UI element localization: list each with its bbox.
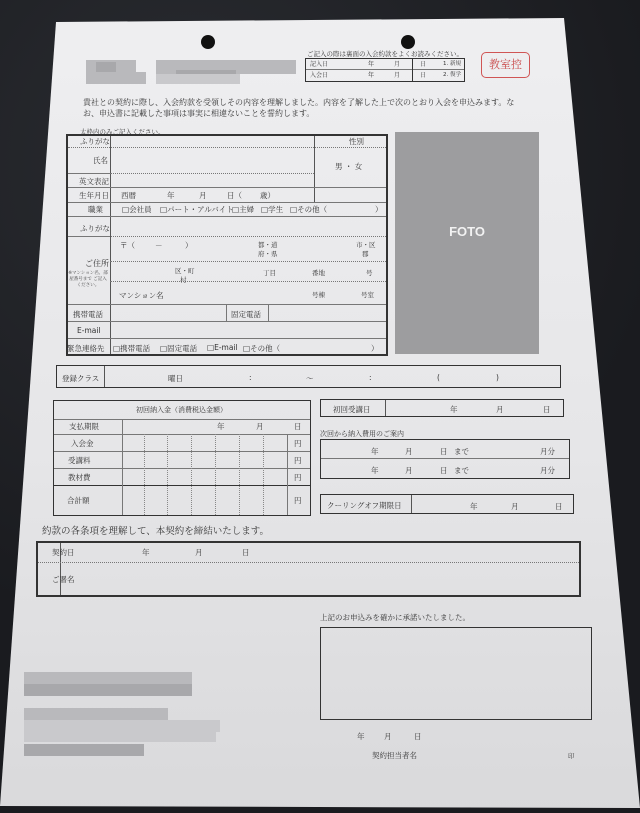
cooling-off-label: クーリングオフ期限日	[327, 500, 402, 511]
mobile-phone-label: 携帯電話	[73, 309, 103, 320]
seal-mark: 印	[568, 751, 575, 760]
email-label: E-mail	[77, 326, 101, 335]
acceptance-year: 年	[357, 731, 365, 742]
payment-deadline-label: 支払期限	[69, 421, 99, 432]
acceptance-statement: 上記のお申込みを確かに承諾いたしました。	[320, 612, 470, 623]
contract-date-label: 契約日	[52, 547, 75, 558]
cooling-off-year: 年	[470, 501, 478, 512]
join-date-label: 入会日	[310, 70, 328, 79]
address-furigana-input[interactable]	[112, 217, 382, 231]
entry-day: 日	[420, 59, 426, 68]
go-label: 号	[366, 268, 373, 277]
banchi-label: 番地	[312, 268, 325, 277]
entry-month: 月	[394, 59, 400, 68]
building-number-label: 号棟	[312, 290, 325, 299]
postal-code-input[interactable]	[130, 240, 185, 250]
materials-fee-unit: 円	[294, 472, 302, 483]
deadline-year: 年	[217, 421, 225, 432]
next-2-months: 月分	[540, 465, 555, 476]
cooling-off-day: 日	[555, 501, 563, 512]
next-1-months: 月分	[540, 446, 555, 457]
emergency-contact-label: 緊急連絡先	[67, 343, 105, 354]
intro-line-2: お、申込書に記載した事項は事実に相違ないことを誓約します。	[83, 108, 314, 119]
tuition-unit: 円	[294, 455, 302, 466]
prefecture-suffix-bottom: 府・県	[258, 249, 278, 258]
address-furigana-label: ふりがな	[80, 223, 110, 234]
address-label: ご住所	[85, 258, 109, 269]
next-2-day: 日	[440, 465, 448, 476]
option-rejoin[interactable]: 2. 復学	[443, 70, 461, 78]
acceptance-day: 日	[414, 731, 422, 742]
first-lesson-month: 月	[496, 404, 504, 415]
city-suffix-top: 市・区	[356, 240, 376, 249]
emergency-option-email[interactable]: □E-mail	[207, 343, 238, 352]
next-2-year: 年	[371, 465, 379, 476]
postal-close: ）	[185, 240, 193, 251]
ward-suffix-top: 区・町	[175, 266, 195, 275]
birth-month: 月	[199, 190, 207, 201]
furigana-label: ふりがな	[80, 136, 110, 147]
prefecture-suffix-top: 都・道	[258, 240, 278, 249]
class-end-colon: :	[369, 373, 372, 382]
room-number-label: 号室	[361, 290, 374, 299]
class-start-colon: :	[249, 373, 252, 382]
next-1-until: まで	[454, 446, 469, 457]
class-tilde: ～	[306, 373, 314, 384]
staff-name-label: 契約担当者名	[372, 750, 417, 761]
option-new[interactable]: 1. 新規	[443, 59, 461, 67]
entry-year: 年	[368, 59, 374, 68]
entry-date-label: 記入日	[310, 59, 328, 68]
deadline-day: 日	[294, 421, 302, 432]
address-note: ※マンション名、部屋番号まで ご記入ください。	[68, 271, 108, 289]
materials-fee-input[interactable]	[122, 468, 290, 482]
join-month: 月	[394, 70, 400, 79]
total-unit: 円	[294, 495, 302, 506]
acceptance-box	[320, 627, 592, 720]
gender-label: 性別	[349, 136, 364, 147]
punch-hole-left	[201, 35, 215, 49]
next-1-year: 年	[371, 446, 379, 457]
photo-placeholder: FOTO	[395, 132, 539, 354]
landline-input[interactable]	[270, 305, 382, 319]
emergency-other-close: ）	[371, 343, 379, 354]
birth-age: 歳）	[260, 190, 275, 201]
birth-era: 西暦	[121, 190, 136, 201]
contract-statement: 約款の各条項を理解して、本契約を締結いたします。	[42, 523, 269, 537]
join-year: 年	[368, 70, 374, 79]
mobile-phone-input[interactable]	[112, 305, 222, 319]
join-day: 日	[420, 70, 426, 79]
english-name-input[interactable]	[112, 173, 312, 185]
ward-suffix-bottom: 村	[180, 275, 187, 284]
next-1-month: 月	[405, 446, 413, 457]
punch-hole-right	[401, 35, 415, 49]
city-suffix-bottom: 郡	[362, 249, 369, 258]
class-paren-open: (	[437, 373, 440, 382]
job-option-student[interactable]: □学生	[261, 204, 283, 215]
chome-label: 丁目	[263, 268, 276, 277]
first-lesson-year: 年	[450, 404, 458, 415]
email-input[interactable]	[112, 322, 382, 336]
birth-year: 年	[167, 190, 175, 201]
occupation-label: 職業	[88, 204, 103, 215]
first-lesson-day: 日	[543, 404, 551, 415]
birthdate-label: 生年月日	[79, 190, 109, 201]
contract-month: 月	[195, 547, 203, 558]
next-2-month: 月	[405, 465, 413, 476]
next-2-until: まで	[454, 465, 469, 476]
enrollment-fee-input[interactable]	[122, 434, 290, 448]
first-lesson-label: 初回受講日	[333, 404, 371, 415]
job-option-employee[interactable]: □会社員	[122, 204, 152, 215]
tuition-input[interactable]	[122, 451, 290, 465]
intro-line-1: 貴社との契約に際し、入会約款を受領しその内容を理解しました。内容を了解した上で次…	[83, 97, 514, 108]
name-label: 氏名	[93, 155, 108, 166]
job-option-other[interactable]: □その他（	[290, 204, 327, 215]
next-payment-title: 次回から納入費用のご案内	[320, 429, 404, 439]
classroom-copy-stamp: 教室控	[481, 52, 530, 78]
photo-label: FOTO	[395, 224, 539, 239]
name-input[interactable]	[112, 147, 312, 171]
next-1-day: 日	[440, 446, 448, 457]
class-weekday: 曜日	[168, 373, 183, 384]
landline-label: 固定電話	[231, 309, 261, 320]
job-other-close: ）	[375, 204, 383, 215]
job-option-parttime[interactable]: □パート・アルバイト	[160, 204, 234, 215]
gender-options[interactable]: 男 ・ 女	[335, 161, 362, 172]
registered-class-label: 登録クラス	[62, 373, 99, 384]
total-input[interactable]	[122, 486, 290, 512]
materials-fee-label: 教材費	[68, 472, 91, 483]
job-option-homemaker[interactable]: □主婦	[232, 204, 254, 215]
birth-day: 日（	[227, 190, 242, 201]
english-name-label: 英文表記	[79, 176, 109, 187]
mansion-label: マンション名	[119, 290, 164, 301]
furigana-input[interactable]	[112, 136, 312, 146]
acceptance-month: 月	[384, 731, 392, 742]
initial-payment-title: 初回納入金（消費税込金額）	[136, 405, 227, 415]
emergency-option-landline[interactable]: □固定電話	[160, 343, 197, 354]
mansion-input[interactable]	[160, 288, 300, 300]
form-notice: ご記入の際は裏面の入会約款をよくお読みください。	[307, 49, 463, 58]
tuition-label: 受講料	[68, 455, 91, 466]
emergency-option-other[interactable]: □その他（	[243, 343, 280, 354]
enrollment-fee-label: 入会金	[71, 438, 94, 449]
contract-day: 日	[242, 547, 250, 558]
emergency-option-mobile[interactable]: □携帯電話	[113, 343, 150, 354]
total-label: 合計額	[67, 495, 90, 506]
deadline-month: 月	[256, 421, 264, 432]
class-paren-close: )	[496, 373, 499, 382]
signature-input[interactable]	[70, 562, 570, 592]
contract-year: 年	[142, 547, 150, 558]
enrollment-fee-unit: 円	[294, 438, 302, 449]
cooling-off-month: 月	[511, 501, 519, 512]
date-entry-box	[305, 58, 465, 82]
